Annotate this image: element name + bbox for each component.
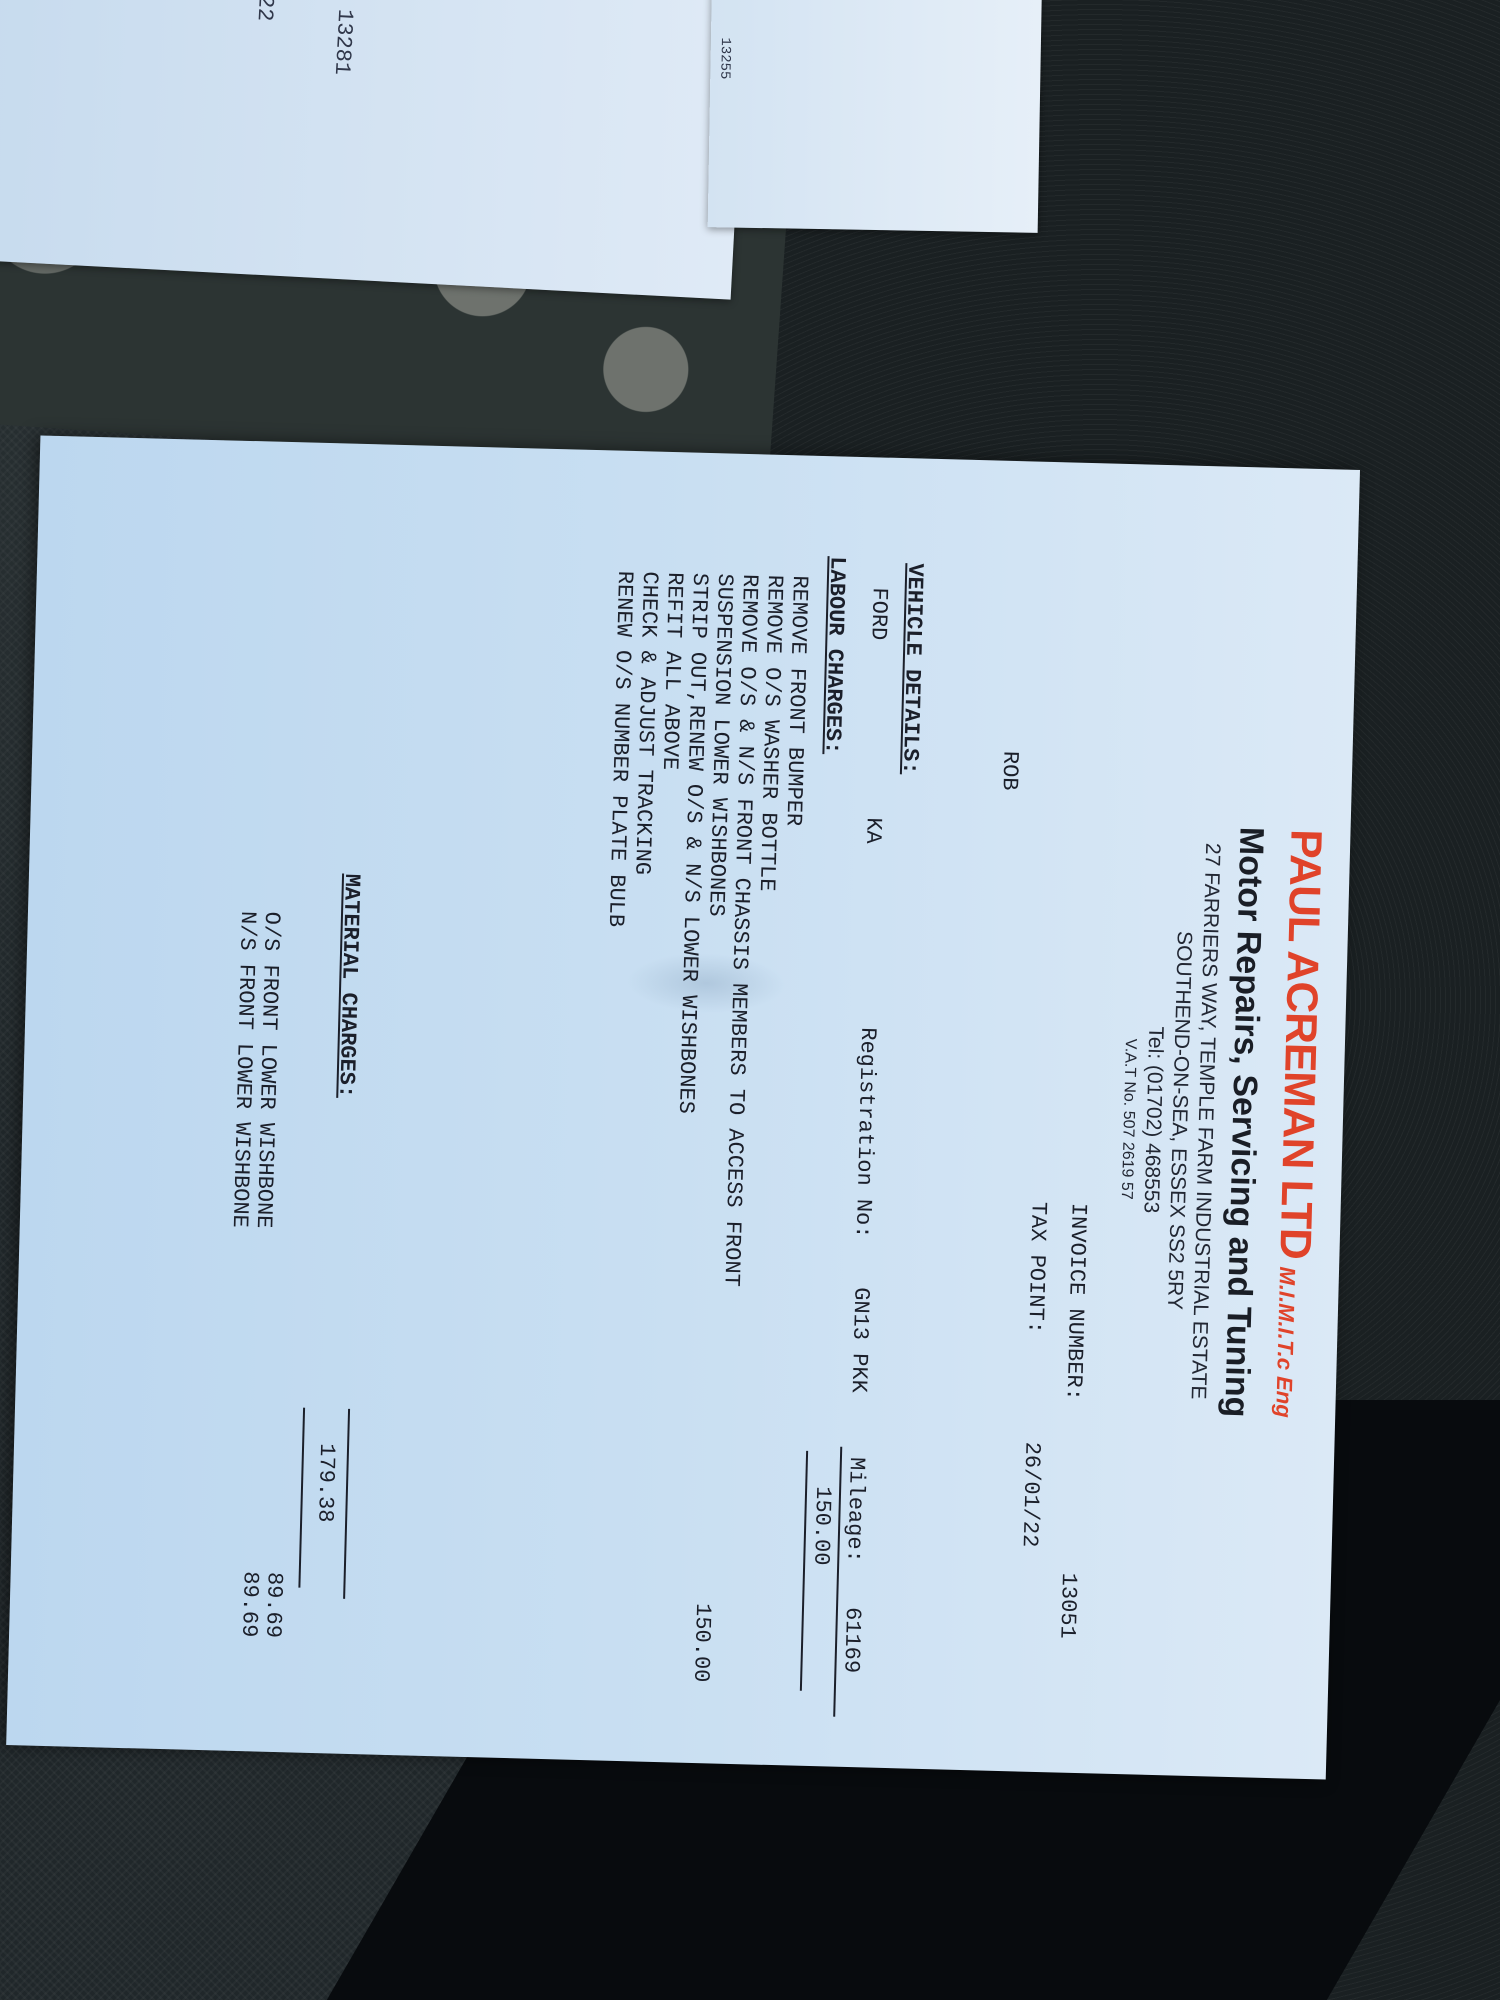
labour-line-total: 150.00 (688, 1603, 715, 1683)
subtotal-rule-top (343, 1409, 350, 1599)
company-qualification: M.I.M.I.T.c Eng (1271, 1266, 1300, 1418)
vehicle-make: FORD (865, 587, 891, 640)
material-charges-heading: MATERIAL CHARGES: (333, 873, 364, 1098)
background-receipt-number: 13281 (329, 8, 357, 75)
company-name-text: PAUL ACREMAN LTD (1270, 829, 1330, 1260)
subtotal-rule-bottom (298, 1408, 305, 1588)
material-items: O/S FRONT LOWER WISHBONE N/S FRONT LOWER… (227, 911, 283, 1229)
background-receipt: 13281 22 (0, 0, 748, 300)
tax-point-label: TAX POINT: (1022, 1202, 1050, 1335)
tax-point-date: 26/01/22 (1017, 1441, 1045, 1547)
material-item-price: 89.69 (236, 1571, 262, 1638)
labour-lines: REMOVE FRONT BUMPER REMOVE O/S WASHER BO… (593, 570, 812, 1288)
vehicle-model: KA (860, 817, 886, 844)
subtotal-rule-bottom (800, 1451, 808, 1691)
registration-number: GN13 PKK (846, 1287, 874, 1393)
invoice-number-label: INVOICE NUMBER: (1061, 1203, 1091, 1402)
vehicle-details-heading: VEHICLE DETAILS: (897, 563, 928, 775)
background-receipt-date: 22 (252, 0, 278, 22)
material-item-price: 89.69 (260, 1572, 286, 1639)
registration-label: Registration No: (850, 1027, 881, 1239)
background-receipt: 13255 (708, 0, 1043, 233)
labour-subtotal: 150.00 (808, 1486, 835, 1566)
customer-name: ROB (996, 751, 1022, 791)
material-prices: 89.69 89.69 (236, 1571, 286, 1638)
mileage-label: Mileage: (841, 1457, 869, 1563)
labour-charges-heading: LABOUR CHARGES: (819, 556, 849, 755)
materials-subtotal: 179.38 (312, 1443, 339, 1523)
invoice-number: 13051 (1054, 1572, 1081, 1639)
invoice-sheet: PAUL ACREMAN LTDM.I.M.I.T.c Eng Motor Re… (6, 435, 1360, 1779)
background-receipt-number: 13255 (716, 37, 733, 79)
mileage-value: 61169 (838, 1607, 865, 1674)
